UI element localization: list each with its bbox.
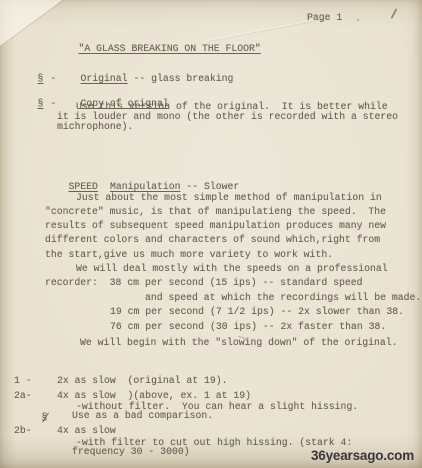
speed-para-line: recorder: 38 cm per second (15 ips) -- s… xyxy=(45,277,362,288)
item-original-rest: -- glass breaking xyxy=(128,73,234,84)
speed-para-line: and speed at which the recordings will b… xyxy=(145,292,421,303)
pencil-mark-slash xyxy=(391,8,397,18)
speed-para-line: Just about the most simple method of man… xyxy=(76,192,382,203)
document-title-text: "A GLASS BREAKING ON THE FLOOR" xyxy=(79,43,261,54)
scanned-document-page: Page 1 "A GLASS BREAKING ON THE FLOOR" §… xyxy=(0,0,422,468)
document-title: "A GLASS BREAKING ON THE FLOOR" xyxy=(55,32,261,65)
speed-para-line: results of subsequent speed manipulation… xyxy=(45,220,386,231)
heading-word-speed: SPEED xyxy=(69,181,98,192)
speed-para-line: We will deal mostly with the speeds on a… xyxy=(76,263,388,274)
speed-para-line: different colors and characters of sound… xyxy=(45,234,380,245)
list-item-2b: 4x as slow xyxy=(57,425,116,436)
item-original-label: Original xyxy=(81,73,128,84)
list-item-2a-note-2: Use as a bad comparison. xyxy=(72,410,213,421)
heading-word-manipulation: Manipulation xyxy=(110,181,181,192)
speed-para-line: 19 cm per second (7 1/2 ips) -- 2x slowe… xyxy=(110,306,404,317)
struck-section-sign-icon: § xyxy=(42,412,48,423)
section-marker-2: §- xyxy=(14,87,56,120)
heading-rest: -- Slower xyxy=(181,181,240,192)
marker-dash: - xyxy=(50,98,56,109)
watermark: 36yearsago.com xyxy=(311,448,414,463)
page-number: Page 1 xyxy=(307,12,342,23)
speed-para-line: the start,give us much more variety to w… xyxy=(45,249,333,260)
list-item-2b-note-2: frequency 30 - 3000) xyxy=(72,446,190,457)
pencil-mark-dot xyxy=(357,19,359,21)
speed-para-line: "concrete" music, is that of manipulatie… xyxy=(45,206,386,217)
list-marker-1: 1 - xyxy=(14,375,32,386)
list-item-2a: 4x as slow )(above, ex. 1 at 19) xyxy=(57,390,251,401)
section-sign-icon: § xyxy=(38,98,44,109)
copy-note-line-3: michrophone). xyxy=(57,121,133,132)
list-marker-2b: 2b- xyxy=(14,425,32,436)
marker-dash: - xyxy=(50,73,56,84)
speed-para-line: We will begin with the "slowing down" of… xyxy=(80,337,397,348)
list-item-1: 2x as slow (original at 19). xyxy=(57,375,228,386)
section-sign-icon: § xyxy=(38,73,44,84)
list-marker-2a: 2a- xyxy=(14,390,32,401)
speed-para-line: 76 cm per second (30 ips) -- 2x faster t… xyxy=(110,321,386,332)
